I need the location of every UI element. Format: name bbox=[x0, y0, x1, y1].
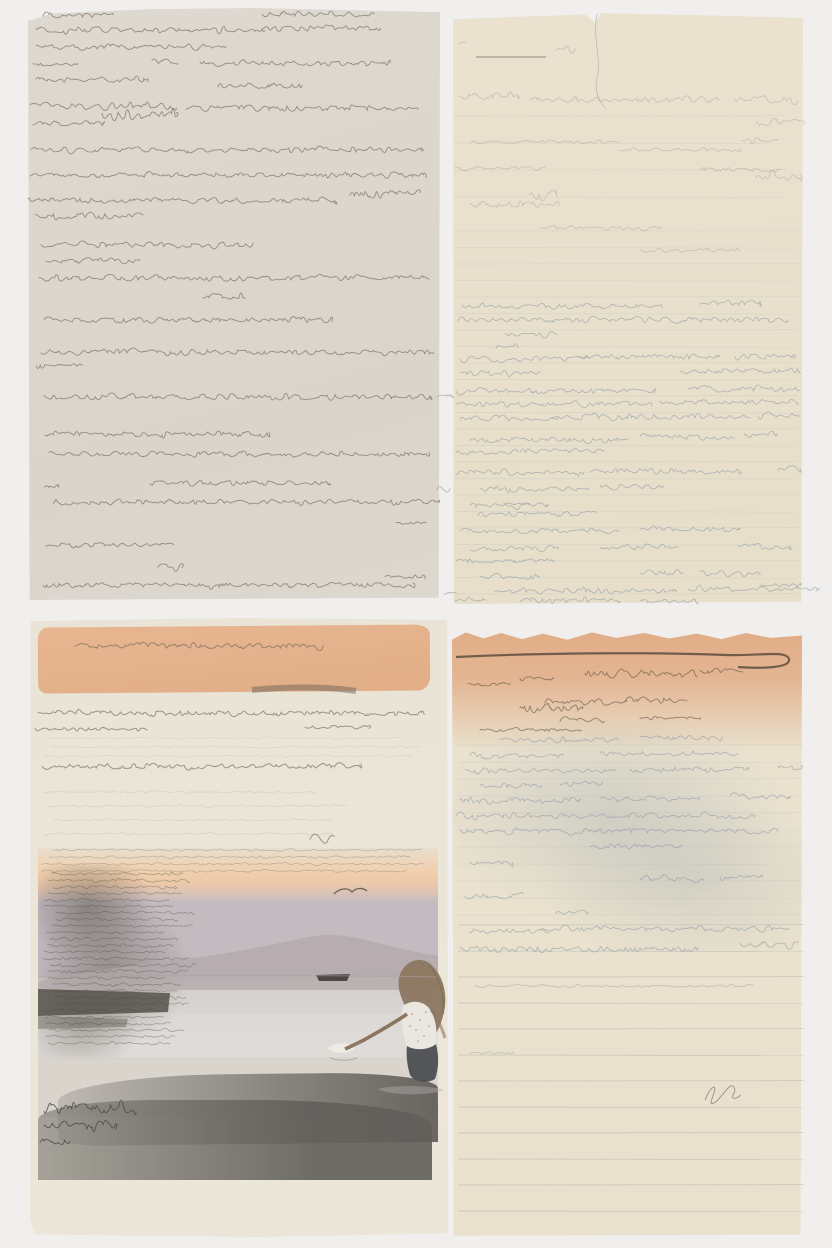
note-page-bottom-right bbox=[452, 630, 802, 1237]
scribble-line bbox=[437, 395, 454, 398]
gap-edge-marks bbox=[437, 395, 456, 595]
note-page-top-right bbox=[452, 12, 803, 604]
beach-painting bbox=[38, 848, 438, 1180]
note-page-bottom-left bbox=[30, 618, 448, 1237]
grey-wash-lower bbox=[38, 1100, 432, 1180]
collage-canvas bbox=[0, 0, 832, 1248]
note-page-top-left bbox=[28, 8, 440, 600]
pencil-smudge-mass bbox=[38, 865, 194, 1058]
blue-grey-wash bbox=[452, 720, 802, 952]
peach-paint-band bbox=[38, 624, 431, 693]
